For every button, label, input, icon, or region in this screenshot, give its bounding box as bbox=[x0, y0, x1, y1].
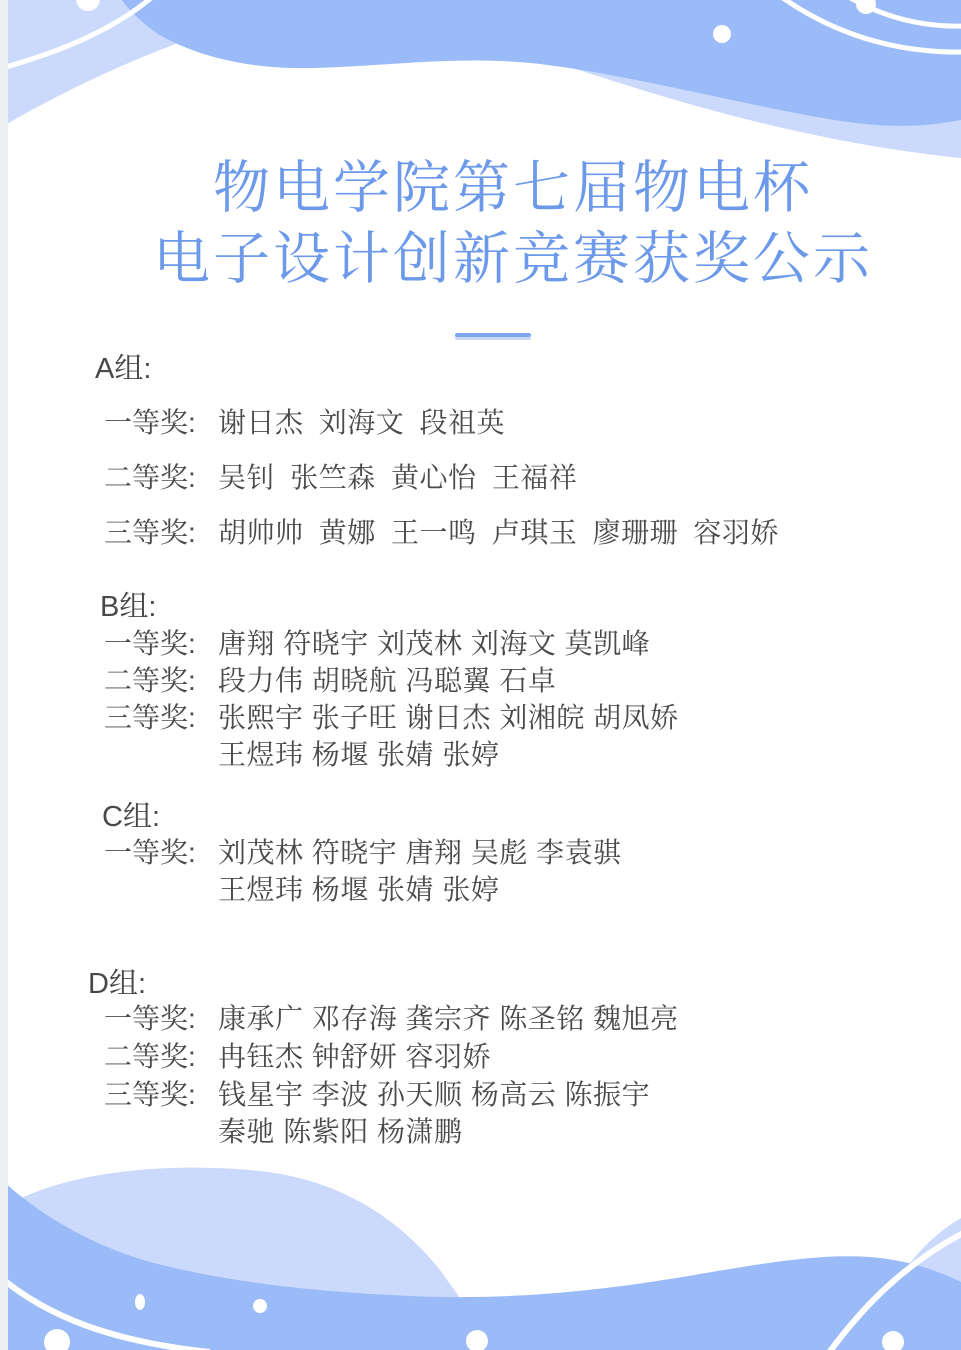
award-label: 一等奖: bbox=[104, 1002, 218, 1036]
winner-names: 唐翔 符晓宇 刘茂林 刘海文 莫凯峰 bbox=[218, 628, 650, 659]
winner-names: 段力伟 胡晓航 冯聪翼 石卓 bbox=[218, 665, 556, 696]
award-label: 三等奖: bbox=[104, 701, 218, 735]
title-divider bbox=[455, 333, 531, 337]
group-d-heading: D组: bbox=[88, 967, 146, 1001]
award-label: 二等奖: bbox=[104, 664, 218, 698]
title-line-2: 电子设计创新竞赛获奖公示 bbox=[65, 224, 961, 295]
award-row-continuation: 王煜玮 杨堰 张婧 张婷 bbox=[104, 873, 499, 907]
award-label: 三等奖: bbox=[104, 1078, 218, 1112]
award-row: 三等奖:钱星宇 李波 孙天顺 杨高云 陈振宇 bbox=[104, 1078, 650, 1112]
group-b-heading: B组: bbox=[100, 590, 156, 624]
award-label: 二等奖: bbox=[104, 461, 218, 495]
winner-names: 胡帅帅 黄娜 王一鸣 卢琪玉 廖珊珊 容羽娇 bbox=[218, 517, 779, 548]
award-row: 二等奖:段力伟 胡晓航 冯聪翼 石卓 bbox=[104, 664, 556, 698]
award-row: 一等奖:谢日杰 刘海文 段祖英 bbox=[104, 406, 505, 440]
winner-names: 钱星宇 李波 孙天顺 杨高云 陈振宇 bbox=[218, 1079, 650, 1110]
award-label: 一等奖: bbox=[104, 406, 218, 440]
award-row: 一等奖:刘茂林 符晓宇 唐翔 吴彪 李袁骐 bbox=[104, 836, 622, 870]
bottom-wave-decoration bbox=[0, 1150, 961, 1350]
winner-names: 张熙宇 张子旺 谢日杰 刘湘皖 胡凤娇 bbox=[218, 702, 679, 733]
award-label: 三等奖: bbox=[104, 516, 218, 550]
winner-names: 康承广 邓存海 龚宗齐 陈圣铭 魏旭亮 bbox=[218, 1003, 679, 1034]
page-title: 物电学院第七届物电杯 电子设计创新竞赛获奖公示 bbox=[65, 153, 961, 295]
poster: 物电学院第七届物电杯 电子设计创新竞赛获奖公示 A组: 一等奖:谢日杰 刘海文 … bbox=[0, 0, 961, 1350]
winner-names: 王煜玮 杨堰 张婧 张婷 bbox=[218, 874, 499, 905]
group-a-heading: A组: bbox=[95, 352, 151, 386]
left-edge-strip bbox=[0, 0, 8, 1350]
award-row: 一等奖:唐翔 符晓宇 刘茂林 刘海文 莫凯峰 bbox=[104, 627, 650, 661]
award-row-continuation: 王煜玮 杨堰 张婧 张婷 bbox=[104, 738, 499, 772]
winner-names: 吴钊 张竺森 黄心怡 王福祥 bbox=[218, 462, 577, 493]
top-wave-decoration bbox=[0, 0, 961, 175]
award-label: 一等奖: bbox=[104, 627, 218, 661]
award-label: 一等奖: bbox=[104, 836, 218, 870]
title-line-1: 物电学院第七届物电杯 bbox=[65, 153, 961, 224]
award-row: 三等奖:胡帅帅 黄娜 王一鸣 卢琪玉 廖珊珊 容羽娇 bbox=[104, 516, 779, 550]
winner-names: 谢日杰 刘海文 段祖英 bbox=[218, 407, 505, 438]
award-row: 二等奖:冉钰杰 钟舒妍 容羽娇 bbox=[104, 1040, 491, 1074]
award-row: 二等奖:吴钊 张竺森 黄心怡 王福祥 bbox=[104, 461, 577, 495]
award-row-continuation: 秦驰 陈紫阳 杨潇鹏 bbox=[104, 1115, 463, 1149]
winner-names: 冉钰杰 钟舒妍 容羽娇 bbox=[218, 1041, 491, 1072]
winner-names: 王煜玮 杨堰 张婧 张婷 bbox=[218, 739, 499, 770]
award-row: 一等奖:康承广 邓存海 龚宗齐 陈圣铭 魏旭亮 bbox=[104, 1002, 679, 1036]
group-c-heading: C组: bbox=[102, 800, 160, 834]
winner-names: 刘茂林 符晓宇 唐翔 吴彪 李袁骐 bbox=[218, 837, 622, 868]
winner-names: 秦驰 陈紫阳 杨潇鹏 bbox=[218, 1116, 463, 1147]
award-row: 三等奖:张熙宇 张子旺 谢日杰 刘湘皖 胡凤娇 bbox=[104, 701, 679, 735]
award-label: 二等奖: bbox=[104, 1040, 218, 1074]
